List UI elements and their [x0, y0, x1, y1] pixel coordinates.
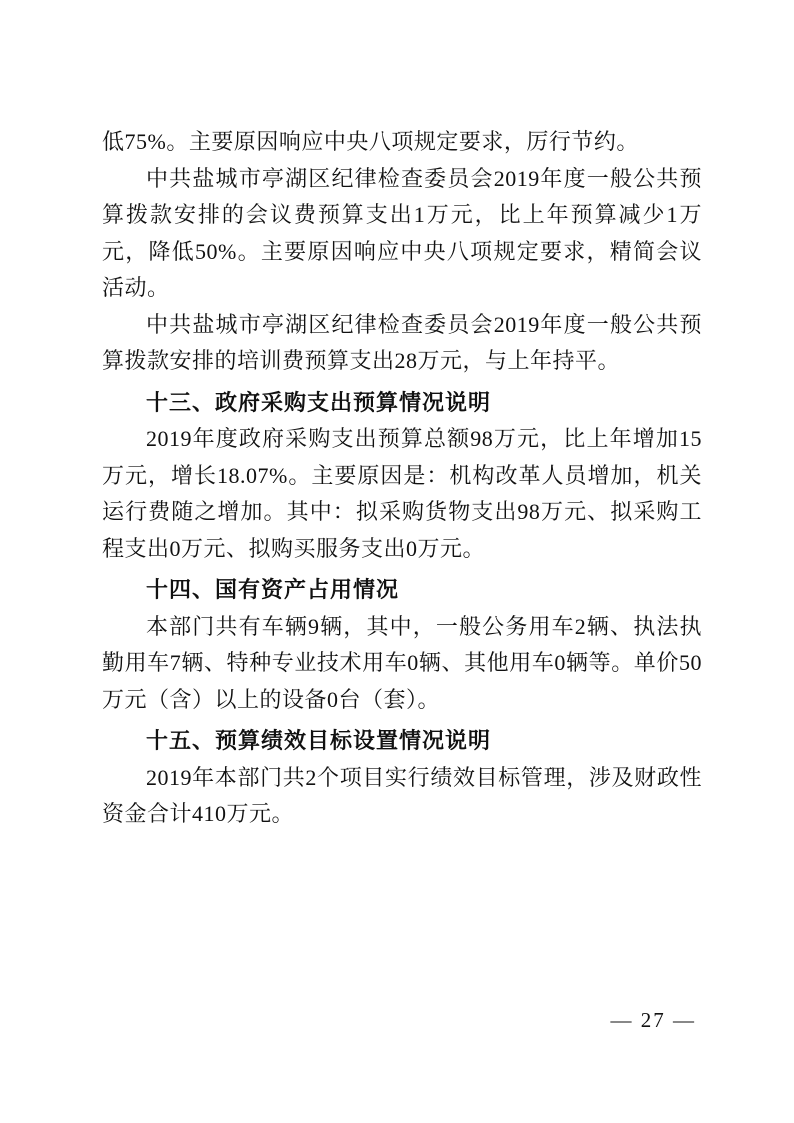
paragraph-conference-fee-budget: 中共盐城市亭湖区纪律检查委员会2019年度一般公共预算拨款安排的会议费预算支出1… [102, 161, 702, 307]
paragraph-training-fee-budget: 中共盐城市亭湖区纪律检查委员会2019年度一般公共预算拨款安排的培训费预算支出2… [102, 307, 702, 380]
section-heading-15-budget-performance-targets: 十五、预算绩效目标设置情况说明 [102, 723, 702, 760]
section-heading-13-government-procurement: 十三、政府采购支出预算情况说明 [102, 385, 702, 422]
page-number: — 27 — [611, 1008, 697, 1033]
paragraph-government-procurement-detail: 2019年度政府采购支出预算总额98万元，比上年增加15万元，增长18.07%。… [102, 421, 702, 567]
paragraph-state-owned-assets-detail: 本部门共有车辆9辆，其中，一般公务用车2辆、执法执勤用车7辆、特种专业技术用车0… [102, 609, 702, 719]
paragraph-meeting-fee-continuation: 低75%。主要原因响应中央八项规定要求，厉行节约。 [102, 124, 702, 161]
document-body: 低75%。主要原因响应中央八项规定要求，厉行节约。 中共盐城市亭湖区纪律检查委员… [102, 124, 702, 833]
section-heading-14-state-owned-assets: 十四、国有资产占用情况 [102, 572, 702, 609]
paragraph-budget-performance-detail: 2019年本部门共2个项目实行绩效目标管理，涉及财政性资金合计410万元。 [102, 760, 702, 833]
document-page: 低75%。主要原因响应中央八项规定要求，厉行节约。 中共盐城市亭湖区纪律检查委员… [0, 0, 794, 1123]
